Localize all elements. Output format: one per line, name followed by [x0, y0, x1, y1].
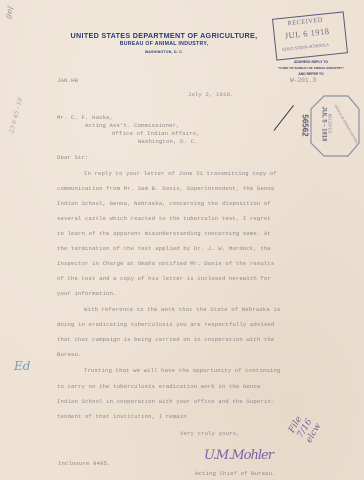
body-line: that that campaign is being carried on i…	[57, 336, 274, 343]
letter-page: gel UNITED STATES DEPARTMENT OF AGRICULT…	[0, 0, 364, 480]
body-line: of the test and a copy of his letter is …	[57, 275, 271, 282]
body-line: the termination of the test applied by D…	[57, 245, 271, 252]
body-line: to carry on the tuberculosis eradication…	[57, 383, 260, 390]
handwritten-margin-numbers: 23 6 45 - 18	[8, 97, 24, 134]
body-line: doing in eradicating tuberculosis you ar…	[57, 321, 274, 328]
pencil-stroke	[273, 105, 294, 131]
received-stamp: RECEIVED JUL 6 1918 EDUCATION-SCHOOLS	[272, 11, 348, 60]
body-line: Trusting that we will have the opportuni…	[84, 367, 280, 374]
body-line: With reference to the work that the Stat…	[84, 306, 280, 313]
stamp-received: RECEIVED	[327, 114, 332, 134]
body-line: Bureau.	[57, 351, 82, 358]
recipient-title: Acting Ass't. Commissioner,	[85, 122, 180, 129]
body-line: communication from Mr. Sam B. Davis, Sup…	[57, 185, 274, 192]
stamp-date: JUL 5 - 1918	[320, 107, 326, 142]
body-line: In reply to your letter of June 21 trans…	[84, 170, 277, 177]
recipient-name: Mr. C. F. Hauke,	[57, 114, 113, 121]
received-stamp-date: JUL 6 1918	[284, 26, 330, 41]
reference-number: W-201.3	[290, 77, 316, 84]
recipient-city: Washington, D. C.	[138, 138, 198, 145]
body-line: Indian School, Genoa, Nebraska, concerni…	[57, 200, 271, 207]
enclosure: Inclosure 9495.	[58, 460, 111, 467]
reply-line-1: ADDRESS REPLY TO	[256, 60, 364, 64]
closing: Very truly yours,	[180, 430, 240, 437]
body-line: Inspector in Charge at Omaha notified Mr…	[57, 260, 274, 267]
stamp-number: 56562	[301, 114, 310, 136]
signature-title: Acting Chief of Bureau.	[195, 470, 276, 477]
handwritten-file-note: File 7/16 elcw	[287, 395, 333, 445]
initials-reference: JAN.HB	[57, 77, 78, 84]
received-stamp-dept: EDUCATION-SCHOOLS	[282, 42, 329, 52]
indian-affairs-stamp: 56562 JUL 5 - 1918 RECEIVED OFFICE OF IN…	[308, 95, 360, 157]
signature: U.M.Mohler	[204, 448, 273, 463]
handwritten-top-left-mark: gel	[3, 5, 16, 20]
body-line: tendent of that institution, I remain	[57, 413, 187, 420]
recipient-office: Office of Indian Affairs,	[112, 130, 200, 137]
reply-line-2: "CHIEF OF BUREAU OF ANIMAL INDUSTRY,"	[256, 66, 364, 70]
body-line: to learn of the apparent misunderstandin…	[57, 230, 271, 237]
handwritten-margin-mark: Ed	[14, 359, 30, 373]
received-stamp-label: RECEIVED	[287, 17, 323, 28]
body-line: your information.	[57, 290, 117, 297]
salutation: Dear Sir:	[57, 154, 89, 161]
body-line: Indian School in cooperation with your o…	[57, 398, 274, 405]
body-line: several cattle which reacted to the tube…	[57, 215, 271, 222]
letter-date: July 2, 1918.	[188, 91, 234, 98]
reply-line-3: AND REFER TO	[256, 72, 364, 76]
